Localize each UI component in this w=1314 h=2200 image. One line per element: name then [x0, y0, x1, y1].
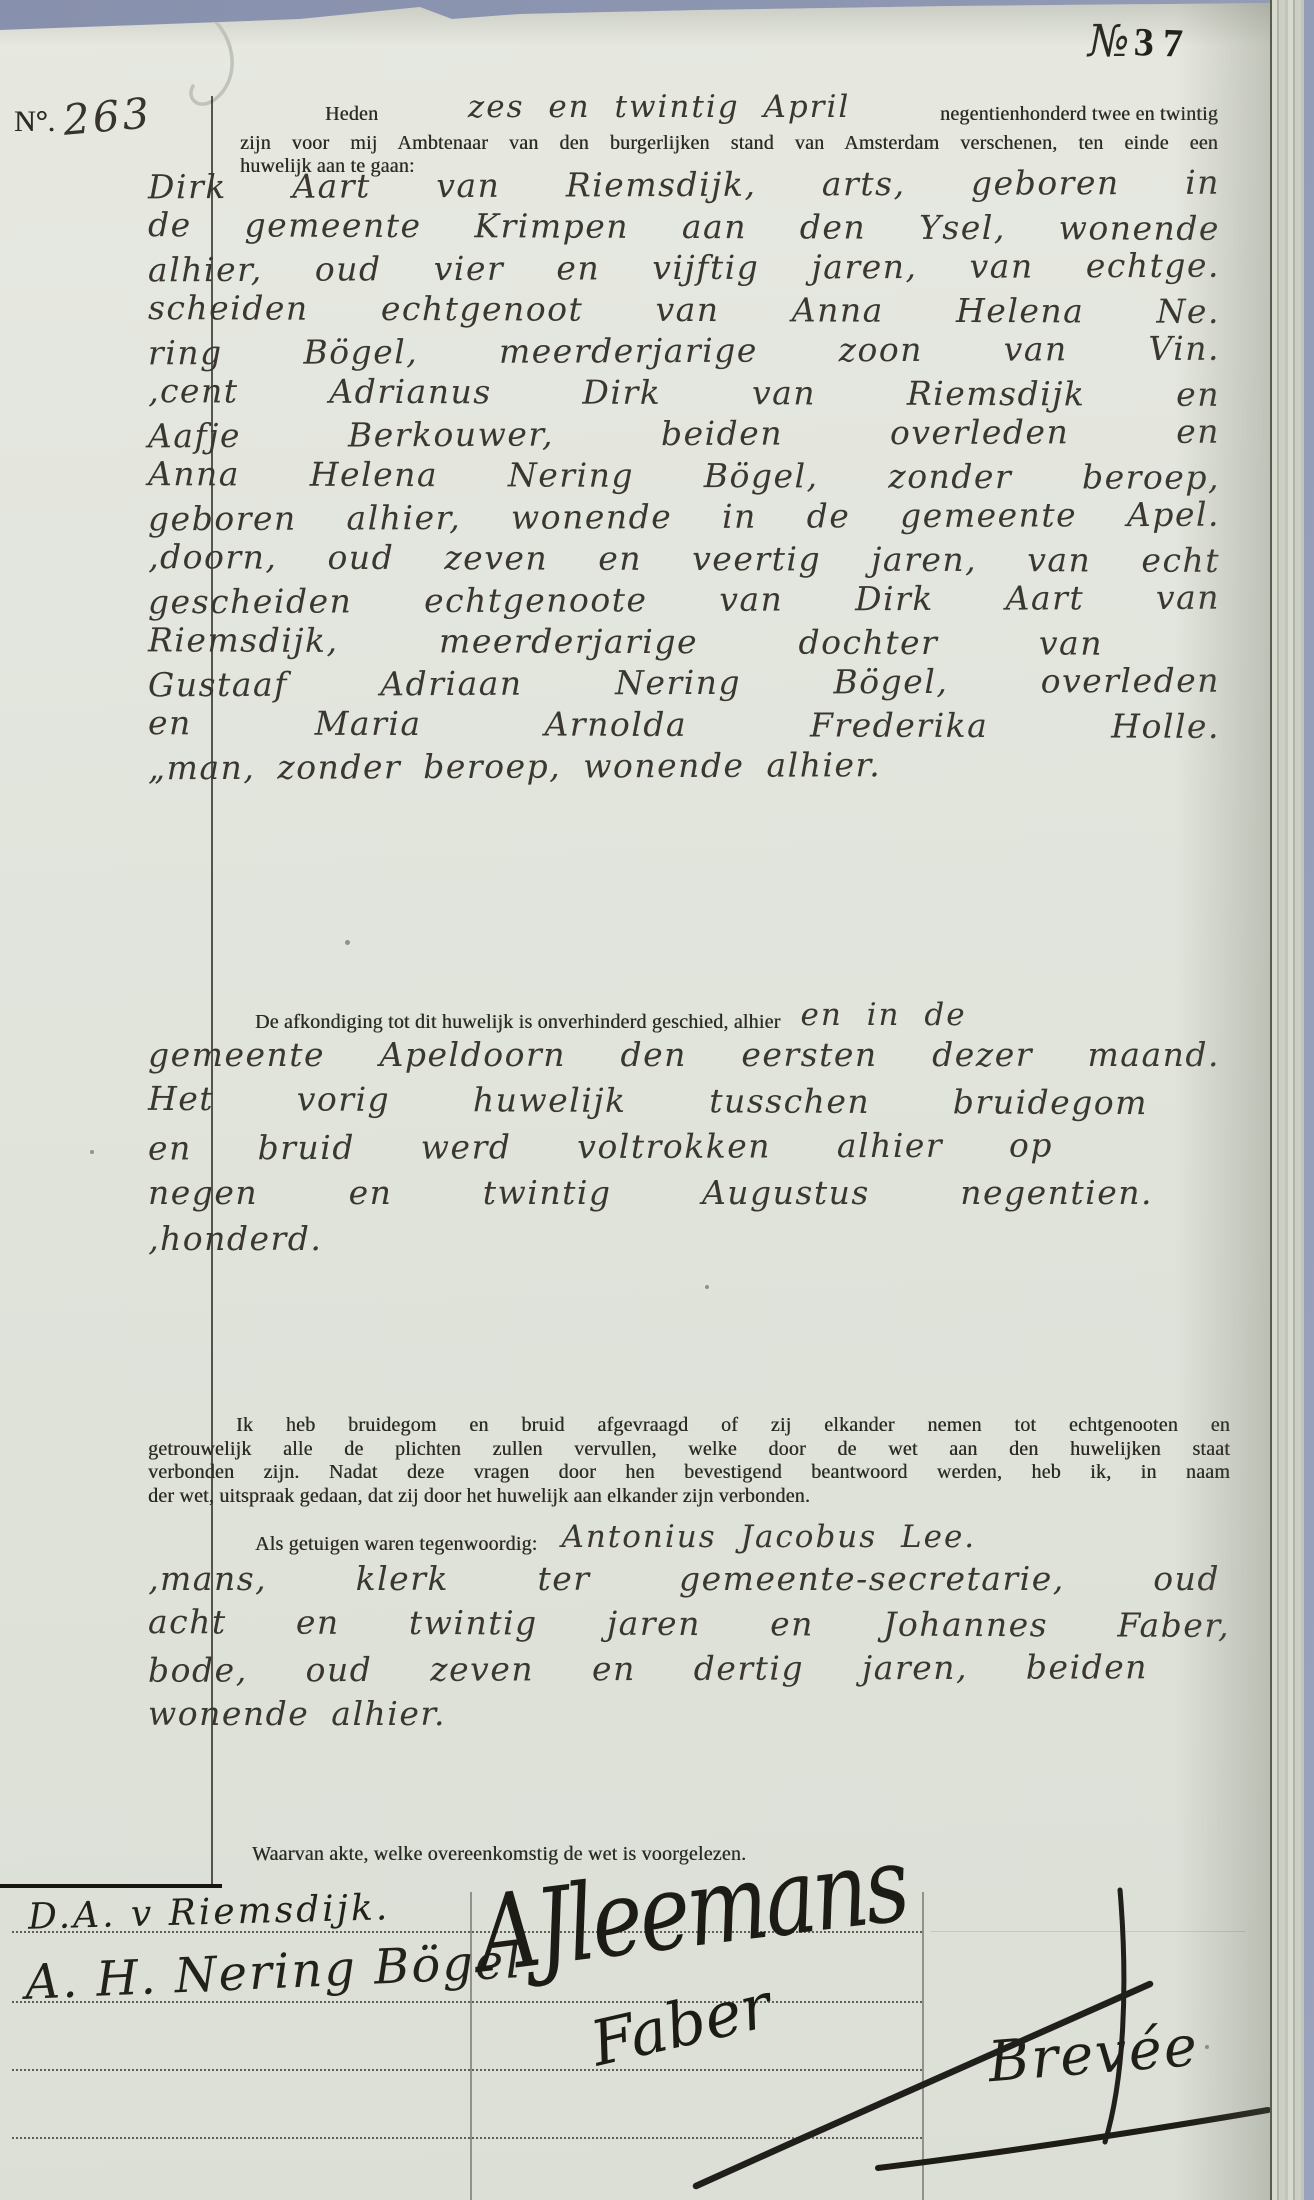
dust-speck — [1205, 2045, 1209, 2049]
parties-description: Dirk Aart van Riemsdijk, arts, geboren i… — [148, 164, 1230, 787]
marriage-record-scan: N°.263 №37 Heden zes en twintig April ne… — [0, 0, 1314, 2200]
handwritten-line: scheiden echtgenoot van Anna Helena Ne. — [148, 287, 1220, 332]
handwritten-line: ring Bögel, meerderjarige zoon van Vin. — [148, 328, 1220, 374]
signature-dotted-line — [12, 2137, 922, 2139]
proclamation-printed-row: De afkondiging tot dit huwelijk is onver… — [255, 1000, 967, 1036]
registry-number-label: N°. — [14, 105, 55, 138]
printed-line: getrouwelijk alle de plichten zullen ver… — [148, 1438, 1230, 1462]
handwritten-line: wonende alhier. — [148, 1691, 1230, 1736]
dust-speck — [345, 940, 350, 945]
proclamation-printed: De afkondiging tot dit huwelijk is onver… — [255, 1011, 780, 1034]
handwritten-line: acht en twintig jaren en Johannes Faber, — [148, 1599, 1230, 1648]
handwritten-line: Anna Helena Nering Bögel, zonder beroep, — [148, 453, 1220, 498]
handwritten-line: gescheiden echtgenoote van Dirk Aart van — [148, 577, 1220, 623]
witnesses-printed-row: Als getuigen waren tegenwoordig: Antoniu… — [150, 1522, 1232, 1558]
witnesses-handwritten: ‚mans, klerk ter gemeente-secretarie, ou… — [148, 1556, 1230, 1736]
signature-column-rule — [922, 1892, 924, 2200]
handwritten-line: Gustaaf Adriaan Nering Bögel, overleden — [148, 660, 1220, 706]
printed-line: Ik heb bruidegom en bruid afgevraagd of … — [148, 1414, 1230, 1438]
header-year: negentienhonderd twee en twintig — [940, 103, 1218, 126]
handwritten-line: Dirk Aart van Riemsdijk, arts, geboren i… — [148, 162, 1220, 208]
handwritten-line: de gemeente Krimpen aan den Ysel, wonend… — [148, 204, 1220, 249]
handwritten-line: ‚honderd. — [148, 1216, 1230, 1262]
handwritten-line: negen en twintig Augustus negentien. — [148, 1170, 1153, 1216]
folio-number-value: 37 — [1133, 18, 1193, 67]
proclamation-handwritten: gemeente Apeldoorn den eersten dezer maa… — [148, 1032, 1230, 1262]
witnesses-handwritten-start: Antonius Jacobus Lee. — [561, 1519, 976, 1555]
header-line-2: zijn voor mij Ambtenaar van den burgerli… — [240, 132, 1218, 155]
handwritten-line: Aafje Berkouwer, beiden overleden en — [148, 411, 1220, 457]
dust-speck — [90, 1150, 94, 1154]
signature-dotted-line — [12, 2069, 922, 2071]
folio-number-prefix: № — [1088, 16, 1130, 67]
witnesses-printed: Als getuigen waren tegenwoordig: — [255, 1533, 537, 1556]
witness2-signature: Faber — [584, 1968, 778, 2080]
handwritten-line: geboren alhier, wonende in de gemeente A… — [148, 494, 1220, 540]
signature-faint-line — [930, 1931, 1245, 1932]
handwritten-line: bode, oud zeven en dertig jaren, beiden — [148, 1644, 1148, 1692]
bride-signature: A. H. Nering Bögel — [24, 1933, 524, 2011]
registry-number: N°.263 — [14, 92, 152, 141]
header-heden: Heden — [325, 103, 378, 126]
handwritten-line: alhier, oud vier en vijftig jaren, van e… — [148, 245, 1220, 291]
book-page-edges — [1270, 0, 1304, 2200]
vows-paragraph: Ik heb bruidegom en bruid afgevraagd of … — [148, 1414, 1230, 1508]
handwritten-line: gemeente Apeldoorn den eersten dezer maa… — [148, 1032, 1220, 1078]
printed-line: verbonden zijn. Nadat deze vragen door h… — [148, 1461, 1230, 1485]
handwritten-line: ‚cent Adrianus Dirk van Riemsdijk en — [148, 370, 1220, 415]
registrar-signature: Brevée — [986, 2014, 1201, 2095]
document-page: N°.263 №37 Heden zes en twintig April ne… — [0, 0, 1270, 2200]
handwritten-line: ‚doorn, oud zeven en veertig jaren, van … — [148, 536, 1220, 581]
handwritten-line: Het vorig huwelijk tusschen bruidegom — [148, 1076, 1148, 1126]
handwritten-line: ‚mans, klerk ter gemeente-secretarie, ou… — [148, 1556, 1220, 1601]
folio-number: №37 — [1088, 16, 1192, 67]
registry-number-value: 263 — [61, 88, 154, 145]
header-line-1: Heden zes en twintig April negentienhond… — [240, 92, 1218, 128]
margin-bottom-line — [0, 1884, 222, 1888]
proclamation-handwritten-start: en in de — [800, 997, 966, 1033]
handwritten-line: en bruid werd voltrokken alhier op — [148, 1122, 1053, 1171]
printed-line: der wet, uitspraak gedaan, dat zij door … — [148, 1485, 1230, 1509]
handwritten-line: „man, zonder beroep, wonende alhier. — [148, 743, 1230, 789]
dust-speck — [705, 1285, 709, 1289]
handwritten-line: en Maria Arnolda Frederika Holle. — [148, 702, 1220, 747]
handwritten-line: Riemsdijk, meerderjarige dochter van — [148, 619, 1103, 664]
handwritten-date: zes en twintig April — [468, 89, 850, 125]
